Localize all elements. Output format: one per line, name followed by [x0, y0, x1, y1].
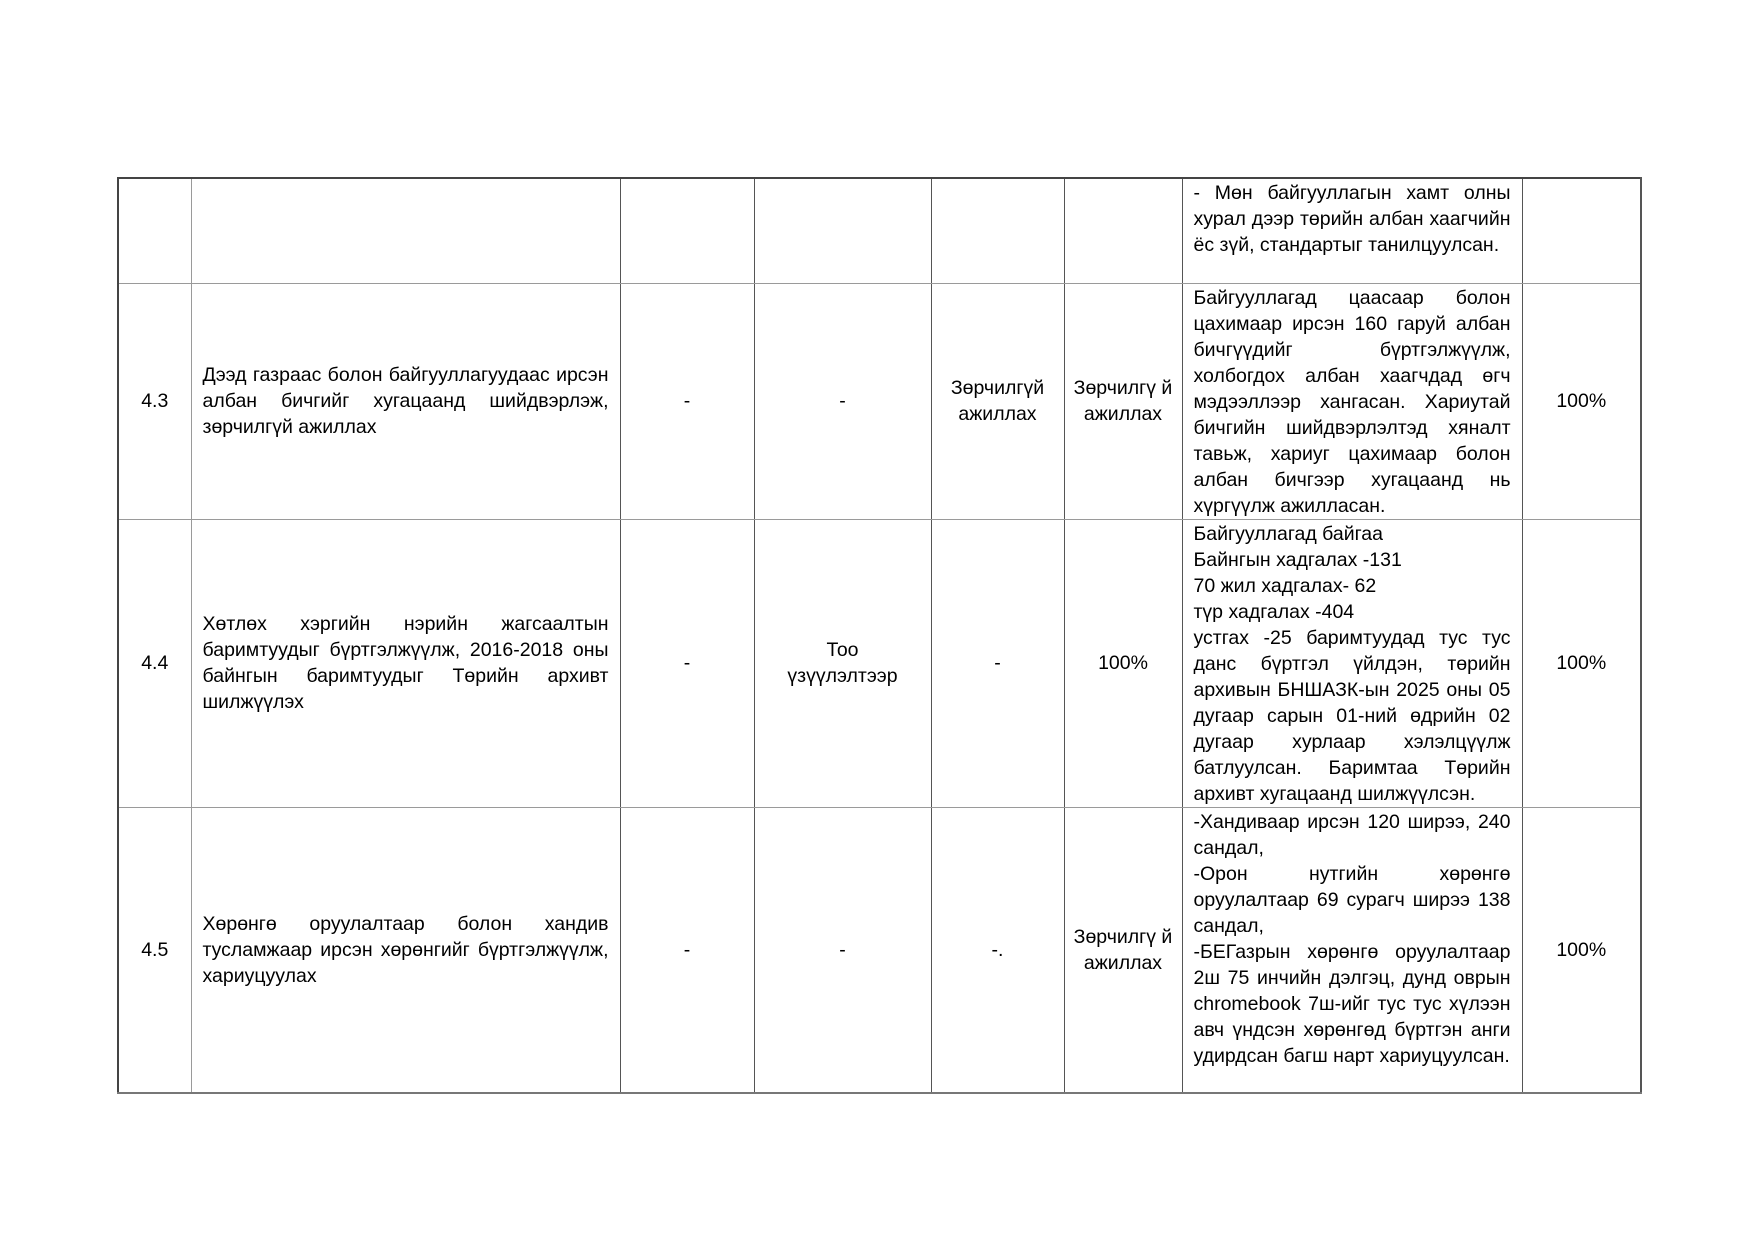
- result-line: Байгууллагад байгаа: [1194, 521, 1511, 547]
- column-5-cell: -: [931, 519, 1064, 807]
- column-6-cell: [1064, 178, 1182, 283]
- result-lines: - Мөн байгууллагын хамт олны хурал дээр …: [1194, 179, 1511, 258]
- document-page: - Мөн байгууллагын хамт олны хурал дээр …: [0, 0, 1755, 1241]
- column-5-cell: -.: [931, 807, 1064, 1093]
- result-line: - Мөн байгууллагын хамт олны хурал дээр …: [1194, 180, 1511, 258]
- column-4-cell: Тоо үзүүлэлтээр: [754, 519, 931, 807]
- result-line: түр хадгалах -404: [1194, 599, 1511, 625]
- result-cell: -Хандиваар ирсэн 120 ширээ, 240 сандал,-…: [1182, 807, 1522, 1093]
- table-row: 4.5 Хөрөнгө оруулалтаар болон хандив тус…: [118, 807, 1641, 1093]
- column-4-cell: -: [754, 807, 931, 1093]
- result-cell: Байгууллагад байгааБайнгын хадгалах -131…: [1182, 519, 1522, 807]
- result-lines: Байгууллагад байгааБайнгын хадгалах -131…: [1194, 520, 1511, 807]
- report-table: - Мөн байгууллагын хамт олны хурал дээр …: [117, 177, 1642, 1094]
- row-number-cell: [118, 178, 191, 283]
- row-number-cell: 4.4: [118, 519, 191, 807]
- percent-cell: 100%: [1522, 807, 1641, 1093]
- column-5-cell: Зөрчилгүй ажиллах: [931, 283, 1064, 519]
- result-line: устгах -25 баримтуудад тус тус данс бүрт…: [1194, 625, 1511, 807]
- task-cell: [191, 178, 620, 283]
- percent-cell: 100%: [1522, 519, 1641, 807]
- task-cell: Хөрөнгө оруулалтаар болон хандив тусламж…: [191, 807, 620, 1093]
- result-line: -Орон нутгийн хөрөнгө оруулалтаар 69 сур…: [1194, 861, 1511, 939]
- task-cell: Дээд газраас болон байгууллагуудаас ирсэ…: [191, 283, 620, 519]
- result-line: Байнгын хадгалах -131: [1194, 547, 1511, 573]
- column-3-cell: -: [620, 807, 754, 1093]
- result-lines: Байгууллагад цаасаар болон цахимаар ирсэ…: [1194, 284, 1511, 519]
- table-row: 4.3 Дээд газраас болон байгууллагуудаас …: [118, 283, 1641, 519]
- column-4-cell: -: [754, 283, 931, 519]
- column-6-cell: 100%: [1064, 519, 1182, 807]
- result-line: 70 жил хадгалах- 62: [1194, 573, 1511, 599]
- result-lines: -Хандиваар ирсэн 120 ширээ, 240 сандал,-…: [1194, 808, 1511, 1069]
- row-number-cell: 4.3: [118, 283, 191, 519]
- task-cell: Хөтлөх хэргийн нэрийн жагсаалтын баримту…: [191, 519, 620, 807]
- row-number-cell: 4.5: [118, 807, 191, 1093]
- column-5-cell: [931, 178, 1064, 283]
- table-row: 4.4 Хөтлөх хэргийн нэрийн жагсаалтын бар…: [118, 519, 1641, 807]
- column-3-cell: -: [620, 283, 754, 519]
- percent-cell: 100%: [1522, 283, 1641, 519]
- column-6-cell: Зөрчилгү й ажиллах: [1064, 283, 1182, 519]
- result-line: -БЕГазрын хөрөнгө оруулалтаар 2ш 75 инчи…: [1194, 939, 1511, 1069]
- column-4-cell: [754, 178, 931, 283]
- result-line: -Хандиваар ирсэн 120 ширээ, 240 сандал,: [1194, 809, 1511, 861]
- column-3-cell: [620, 178, 754, 283]
- percent-cell: [1522, 178, 1641, 283]
- table-row: - Мөн байгууллагын хамт олны хурал дээр …: [118, 178, 1641, 283]
- result-cell: Байгууллагад цаасаар болон цахимаар ирсэ…: [1182, 283, 1522, 519]
- column-6-cell: Зөрчилгү й ажиллах: [1064, 807, 1182, 1093]
- column-3-cell: -: [620, 519, 754, 807]
- result-line: Байгууллагад цаасаар болон цахимаар ирсэ…: [1194, 285, 1511, 519]
- result-cell: - Мөн байгууллагын хамт олны хурал дээр …: [1182, 178, 1522, 283]
